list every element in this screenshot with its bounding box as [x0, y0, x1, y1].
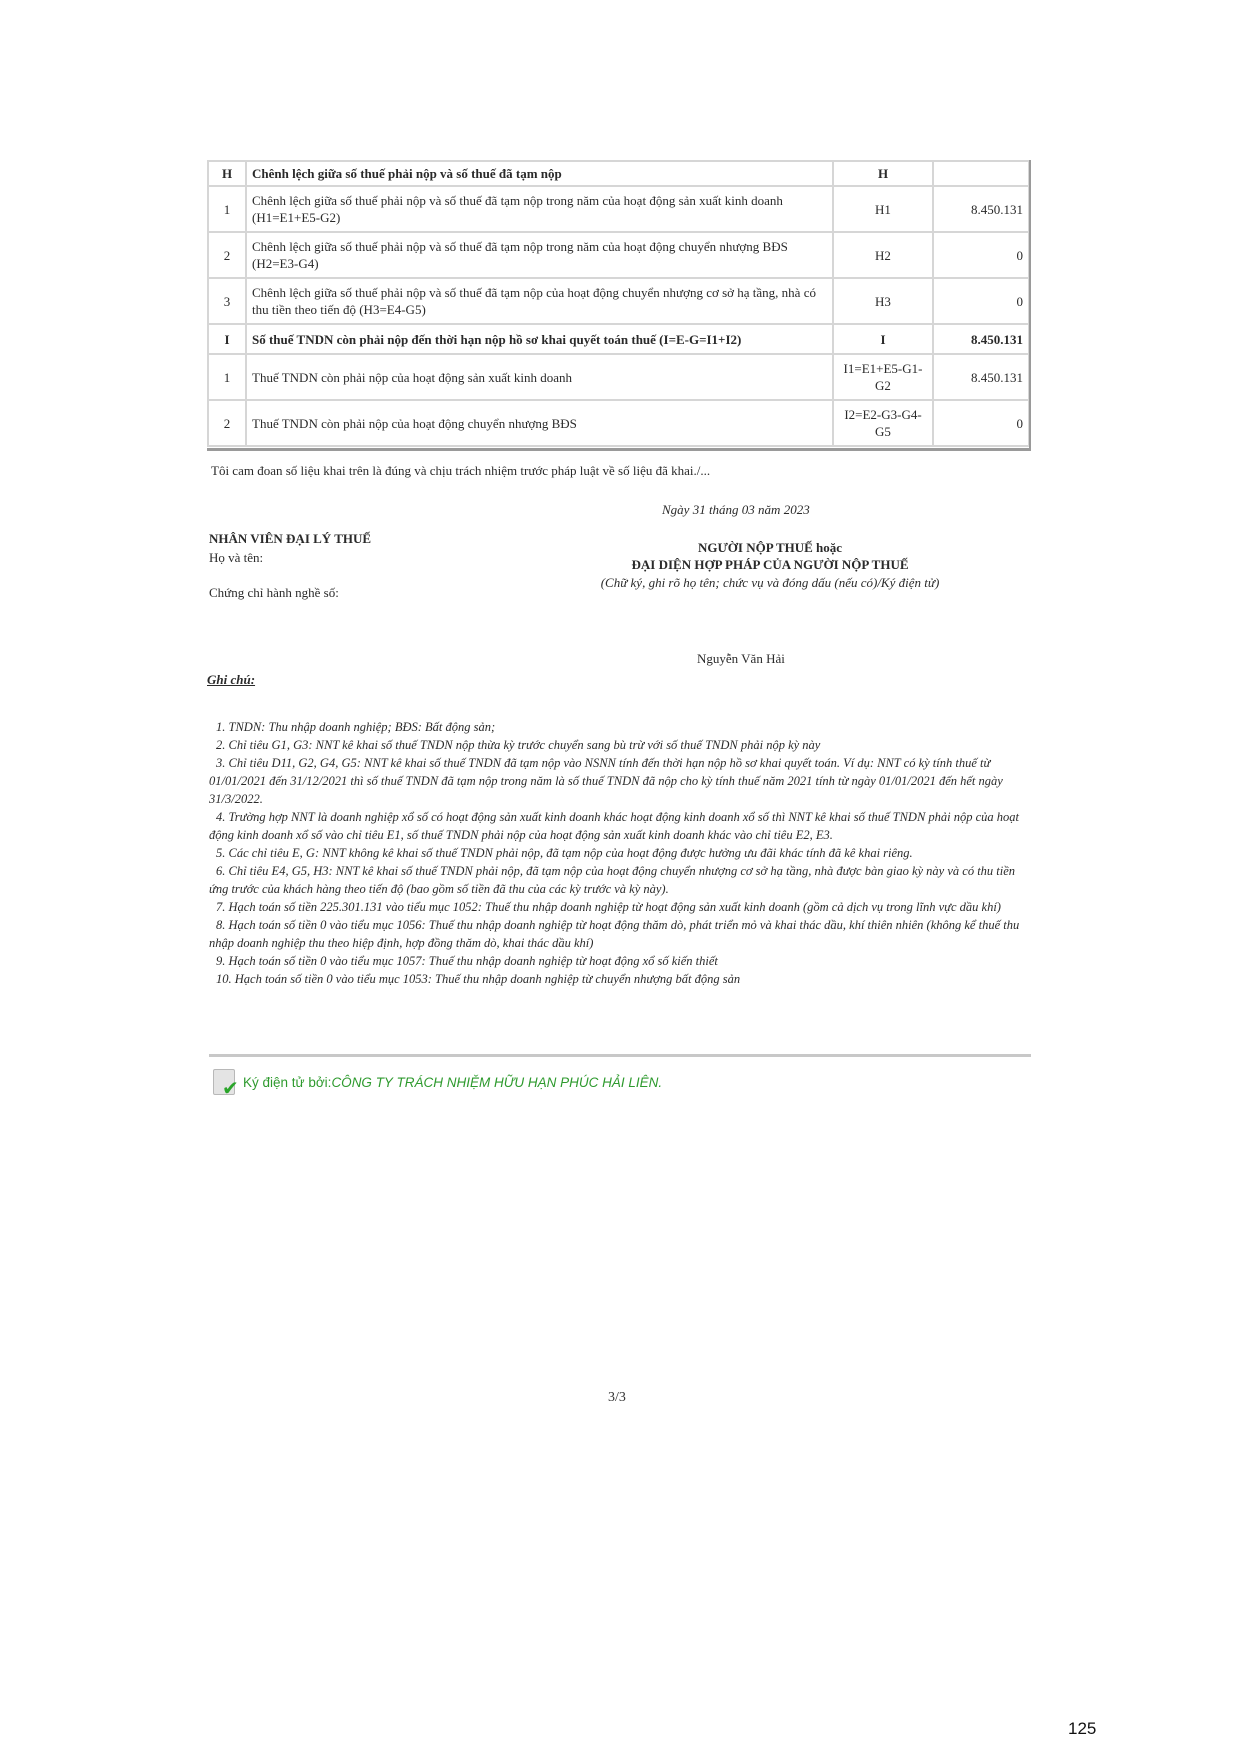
row-value: 8.450.131: [933, 324, 1029, 354]
page-number: 125: [1068, 1719, 1096, 1739]
row-value: 8.450.131: [933, 186, 1029, 232]
row-code: I: [833, 324, 933, 354]
taxpayer-title-line1: NGƯỜI NỘP THUẾ hoặc: [560, 540, 980, 556]
note-item: 7. Hạch toán số tiền 225.301.131 vào tiể…: [209, 898, 1029, 916]
e-signature: ✔ Ký điện tử bởi: CÔNG TY TRÁCH NHIỆM HỮ…: [212, 1068, 662, 1096]
tax-settlement-table: HChênh lệch giữa số thuế phải nộp và số …: [207, 160, 1030, 447]
note-item: 5. Các chỉ tiêu E, G: NNT không kê khai …: [209, 844, 1029, 862]
row-value: 8.450.131: [933, 354, 1029, 400]
row-description: Số thuế TNDN còn phải nộp đến thời hạn n…: [246, 324, 833, 354]
taxpayer-signing-instruction: (Chữ ký, ghi rõ họ tên; chức vụ và đóng …: [540, 575, 1000, 591]
notes-title: Ghi chú:: [207, 672, 255, 688]
agent-title: NHÂN VIÊN ĐẠI LÝ THUẾ: [209, 531, 371, 547]
row-value: 0: [933, 400, 1029, 446]
row-number: 2: [208, 232, 246, 278]
table-row: 3Chênh lệch giữa số thuế phải nộp và số …: [208, 278, 1029, 324]
row-number: 3: [208, 278, 246, 324]
note-item: 8. Hạch toán số tiền 0 vào tiểu mục 1056…: [209, 916, 1029, 952]
page-counter: 3/3: [608, 1390, 626, 1406]
row-code: H: [833, 161, 933, 186]
note-item: 10. Hạch toán số tiền 0 vào tiểu mục 105…: [209, 970, 1029, 988]
table-shadow-bottom: [207, 448, 1031, 451]
divider: [209, 1054, 1031, 1057]
signer-name: Nguyễn Văn Hải: [697, 651, 785, 667]
row-code: I1=E1+E5-G1-G2: [833, 354, 933, 400]
row-code: H2: [833, 232, 933, 278]
note-item: 1. TNDN: Thu nhập doanh nghiệp; BĐS: Bất…: [209, 718, 1029, 736]
e-signature-label: Ký điện tử bởi:: [243, 1075, 331, 1090]
table-shadow-right: [1029, 160, 1031, 450]
row-code: H1: [833, 186, 933, 232]
agent-certificate-label: Chứng chỉ hành nghề số:: [209, 585, 339, 601]
notes-list: 1. TNDN: Thu nhập doanh nghiệp; BĐS: Bất…: [209, 718, 1029, 988]
row-value: [933, 161, 1029, 186]
note-item: 9. Hạch toán số tiền 0 vào tiểu mục 1057…: [209, 952, 1029, 970]
row-description: Thuế TNDN còn phải nộp của hoạt động sản…: [246, 354, 833, 400]
table-row: 1Chênh lệch giữa số thuế phải nộp và số …: [208, 186, 1029, 232]
e-signature-company: CÔNG TY TRÁCH NHIỆM HỮU HẠN PHÚC HẢI LIÊ…: [331, 1075, 662, 1090]
row-code: I2=E2-G3-G4-G5: [833, 400, 933, 446]
row-value: 0: [933, 278, 1029, 324]
date-line: Ngày 31 tháng 03 năm 2023: [662, 502, 810, 518]
row-description: Chênh lệch giữa số thuế phải nộp và số t…: [246, 161, 833, 186]
row-number: I: [208, 324, 246, 354]
note-item: 6. Chỉ tiêu E4, G5, H3: NNT kê khai số t…: [209, 862, 1029, 898]
row-number: 1: [208, 354, 246, 400]
row-description: Chênh lệch giữa số thuế phải nộp và số t…: [246, 278, 833, 324]
row-description: Thuế TNDN còn phải nộp của hoạt động chu…: [246, 400, 833, 446]
row-code: H3: [833, 278, 933, 324]
row-number: 2: [208, 400, 246, 446]
note-item: 4. Trường hợp NNT là doanh nghiệp xổ số …: [209, 808, 1029, 844]
document-page: HChênh lệch giữa số thuế phải nộp và số …: [0, 0, 1240, 1754]
row-number: 1: [208, 186, 246, 232]
signed-document-check-icon: ✔: [212, 1068, 240, 1096]
row-value: 0: [933, 232, 1029, 278]
table-row: HChênh lệch giữa số thuế phải nộp và số …: [208, 161, 1029, 186]
table-row: ISố thuế TNDN còn phải nộp đến thời hạn …: [208, 324, 1029, 354]
table-row: 1Thuế TNDN còn phải nộp của hoạt động sả…: [208, 354, 1029, 400]
agent-name-label: Họ và tên:: [209, 550, 263, 566]
taxpayer-title-line2: ĐẠI DIỆN HỢP PHÁP CỦA NGƯỜI NỘP THUẾ: [560, 557, 980, 573]
table-row: 2Chênh lệch giữa số thuế phải nộp và số …: [208, 232, 1029, 278]
row-number: H: [208, 161, 246, 186]
table-row: 2Thuế TNDN còn phải nộp của hoạt động ch…: [208, 400, 1029, 446]
note-item: 3. Chỉ tiêu D11, G2, G4, G5: NNT kê khai…: [209, 754, 1029, 808]
declaration-statement: Tôi cam đoan số liệu khai trên là đúng v…: [211, 463, 710, 479]
note-item: 2. Chỉ tiêu G1, G3: NNT kê khai số thuế …: [209, 736, 1029, 754]
row-description: Chênh lệch giữa số thuế phải nộp và số t…: [246, 232, 833, 278]
row-description: Chênh lệch giữa số thuế phải nộp và số t…: [246, 186, 833, 232]
